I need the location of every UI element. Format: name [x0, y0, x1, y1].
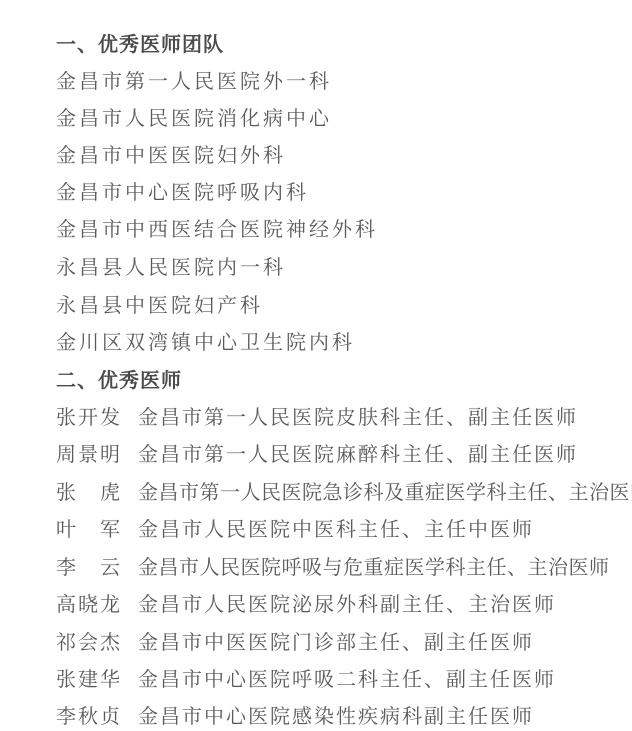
doctor-title: 金昌市人民医院呼吸与危重症医学科主任、主治医师: [138, 555, 610, 579]
doctor-row: 周景明金昌市第一人民医院麻醉科主任、副主任医师: [56, 440, 578, 468]
team-item: 金昌市中西医结合医院神经外科: [56, 215, 378, 243]
doctor-name: 张开发: [56, 403, 138, 431]
team-item: 金昌市中医医院妇外科: [56, 141, 286, 169]
section-heading-teams: 一、优秀医师团队: [56, 30, 224, 58]
doctor-name: 张建华: [56, 665, 138, 693]
doctor-title: 金昌市第一人民医院皮肤科主任、副主任医师: [138, 405, 578, 429]
section-heading-doctors: 二、优秀医师: [56, 366, 182, 394]
doctor-name: 李 云: [56, 553, 138, 581]
doctor-title: 金昌市中心医院感染性疾病科副主任医师: [138, 704, 534, 728]
doctor-title: 金昌市人民医院中医科主任、主任中医师: [138, 517, 534, 541]
doctor-name: 周景明: [56, 440, 138, 468]
doctor-row: 高晓龙金昌市人民医院泌尿外科副主任、主治医师: [56, 590, 556, 618]
doctor-title: 金昌市中医医院门诊部主任、副主任医师: [138, 630, 534, 654]
doctor-name: 李秋贞: [56, 702, 138, 730]
team-item: 永昌县中医院妇产科: [56, 291, 263, 319]
doctor-title: 金昌市中心医院呼吸二科主任、副主任医师: [138, 667, 556, 691]
team-item: 金昌市人民医院消化病中心: [56, 104, 332, 132]
doctor-row: 张建华金昌市中心医院呼吸二科主任、副主任医师: [56, 665, 556, 693]
doctor-row: 李 云金昌市人民医院呼吸与危重症医学科主任、主治医师: [56, 553, 610, 581]
doctor-title: 金昌市第一人民医院麻醉科主任、副主任医师: [138, 442, 578, 466]
team-item: 金川区双湾镇中心卫生院内科: [56, 328, 355, 356]
team-item: 金昌市第一人民医院外一科: [56, 67, 332, 95]
doctor-title: 金昌市人民医院泌尿外科副主任、主治医师: [138, 592, 556, 616]
doctor-title: 金昌市第一人民医院急诊科及重症医学科主任、主治医师: [138, 480, 632, 504]
doctor-row: 叶 军金昌市人民医院中医科主任、主任中医师: [56, 515, 534, 543]
doctor-name: 高晓龙: [56, 590, 138, 618]
team-item: 金昌市中心医院呼吸内科: [56, 178, 309, 206]
doctor-row: 祁会杰金昌市中医医院门诊部主任、副主任医师: [56, 628, 534, 656]
doctor-name: 祁会杰: [56, 628, 138, 656]
doctor-row: 李秋贞金昌市中心医院感染性疾病科副主任医师: [56, 702, 534, 730]
doctor-row: 张开发金昌市第一人民医院皮肤科主任、副主任医师: [56, 403, 578, 431]
doctor-row: 张 虎金昌市第一人民医院急诊科及重症医学科主任、主治医师: [56, 478, 632, 506]
team-item: 永昌县人民医院内一科: [56, 253, 286, 281]
doctor-name: 张 虎: [56, 478, 138, 506]
doctor-name: 叶 军: [56, 515, 138, 543]
